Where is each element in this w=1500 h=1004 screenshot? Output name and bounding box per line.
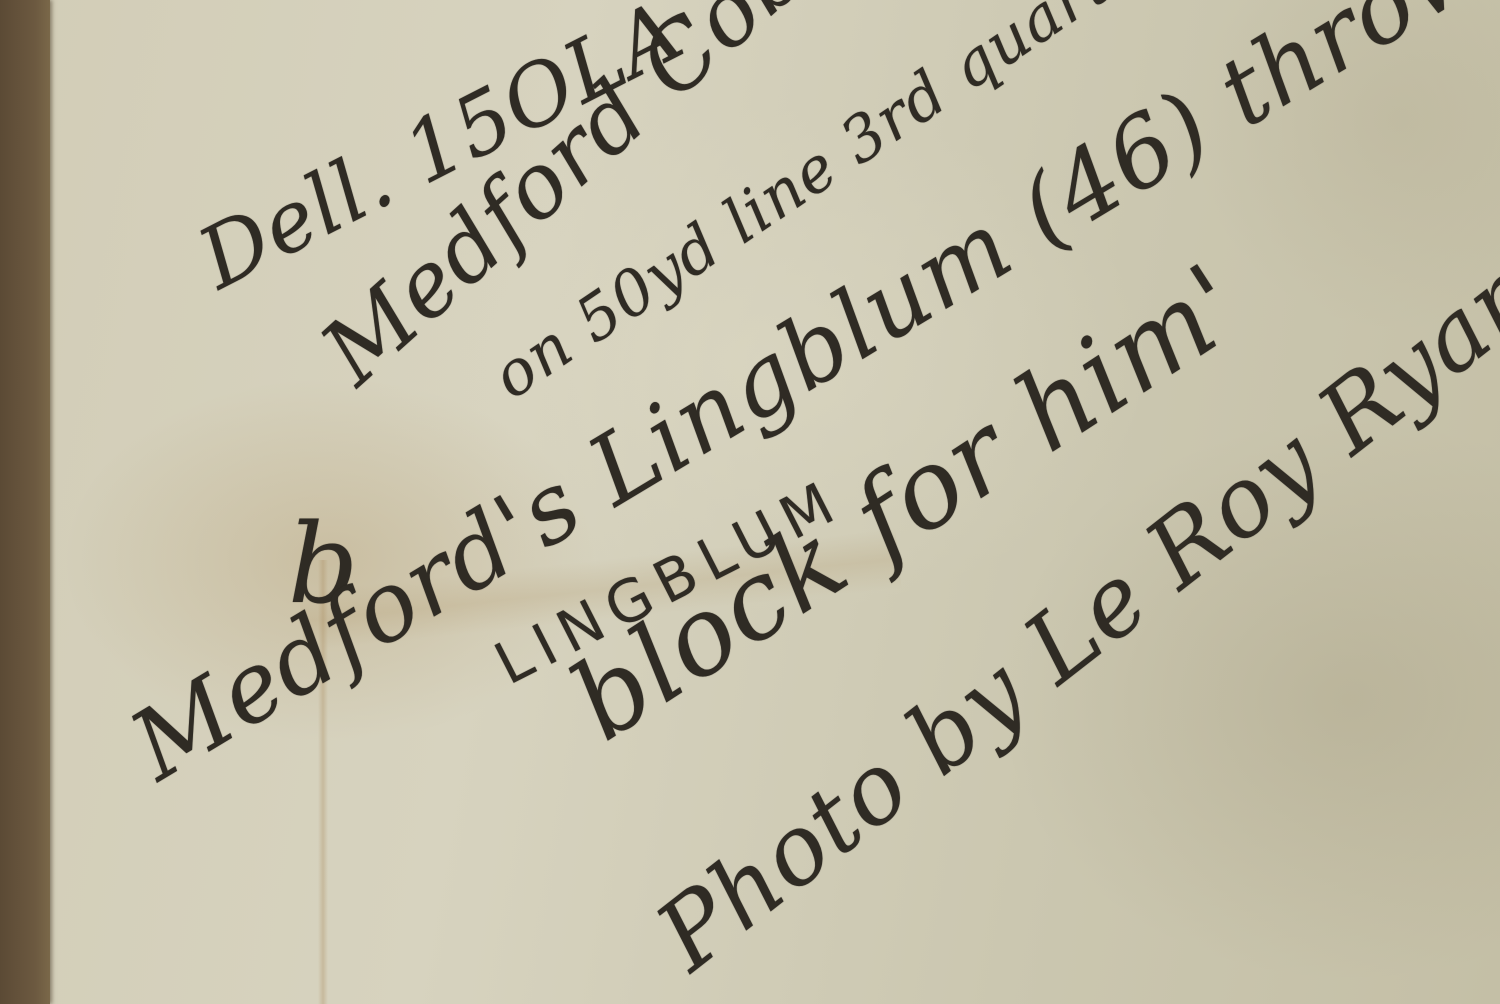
frame-edge: [0, 0, 50, 1004]
photo-back: Dell. 15OLA Medford Cobst on 50yd line 3…: [0, 0, 1500, 1004]
